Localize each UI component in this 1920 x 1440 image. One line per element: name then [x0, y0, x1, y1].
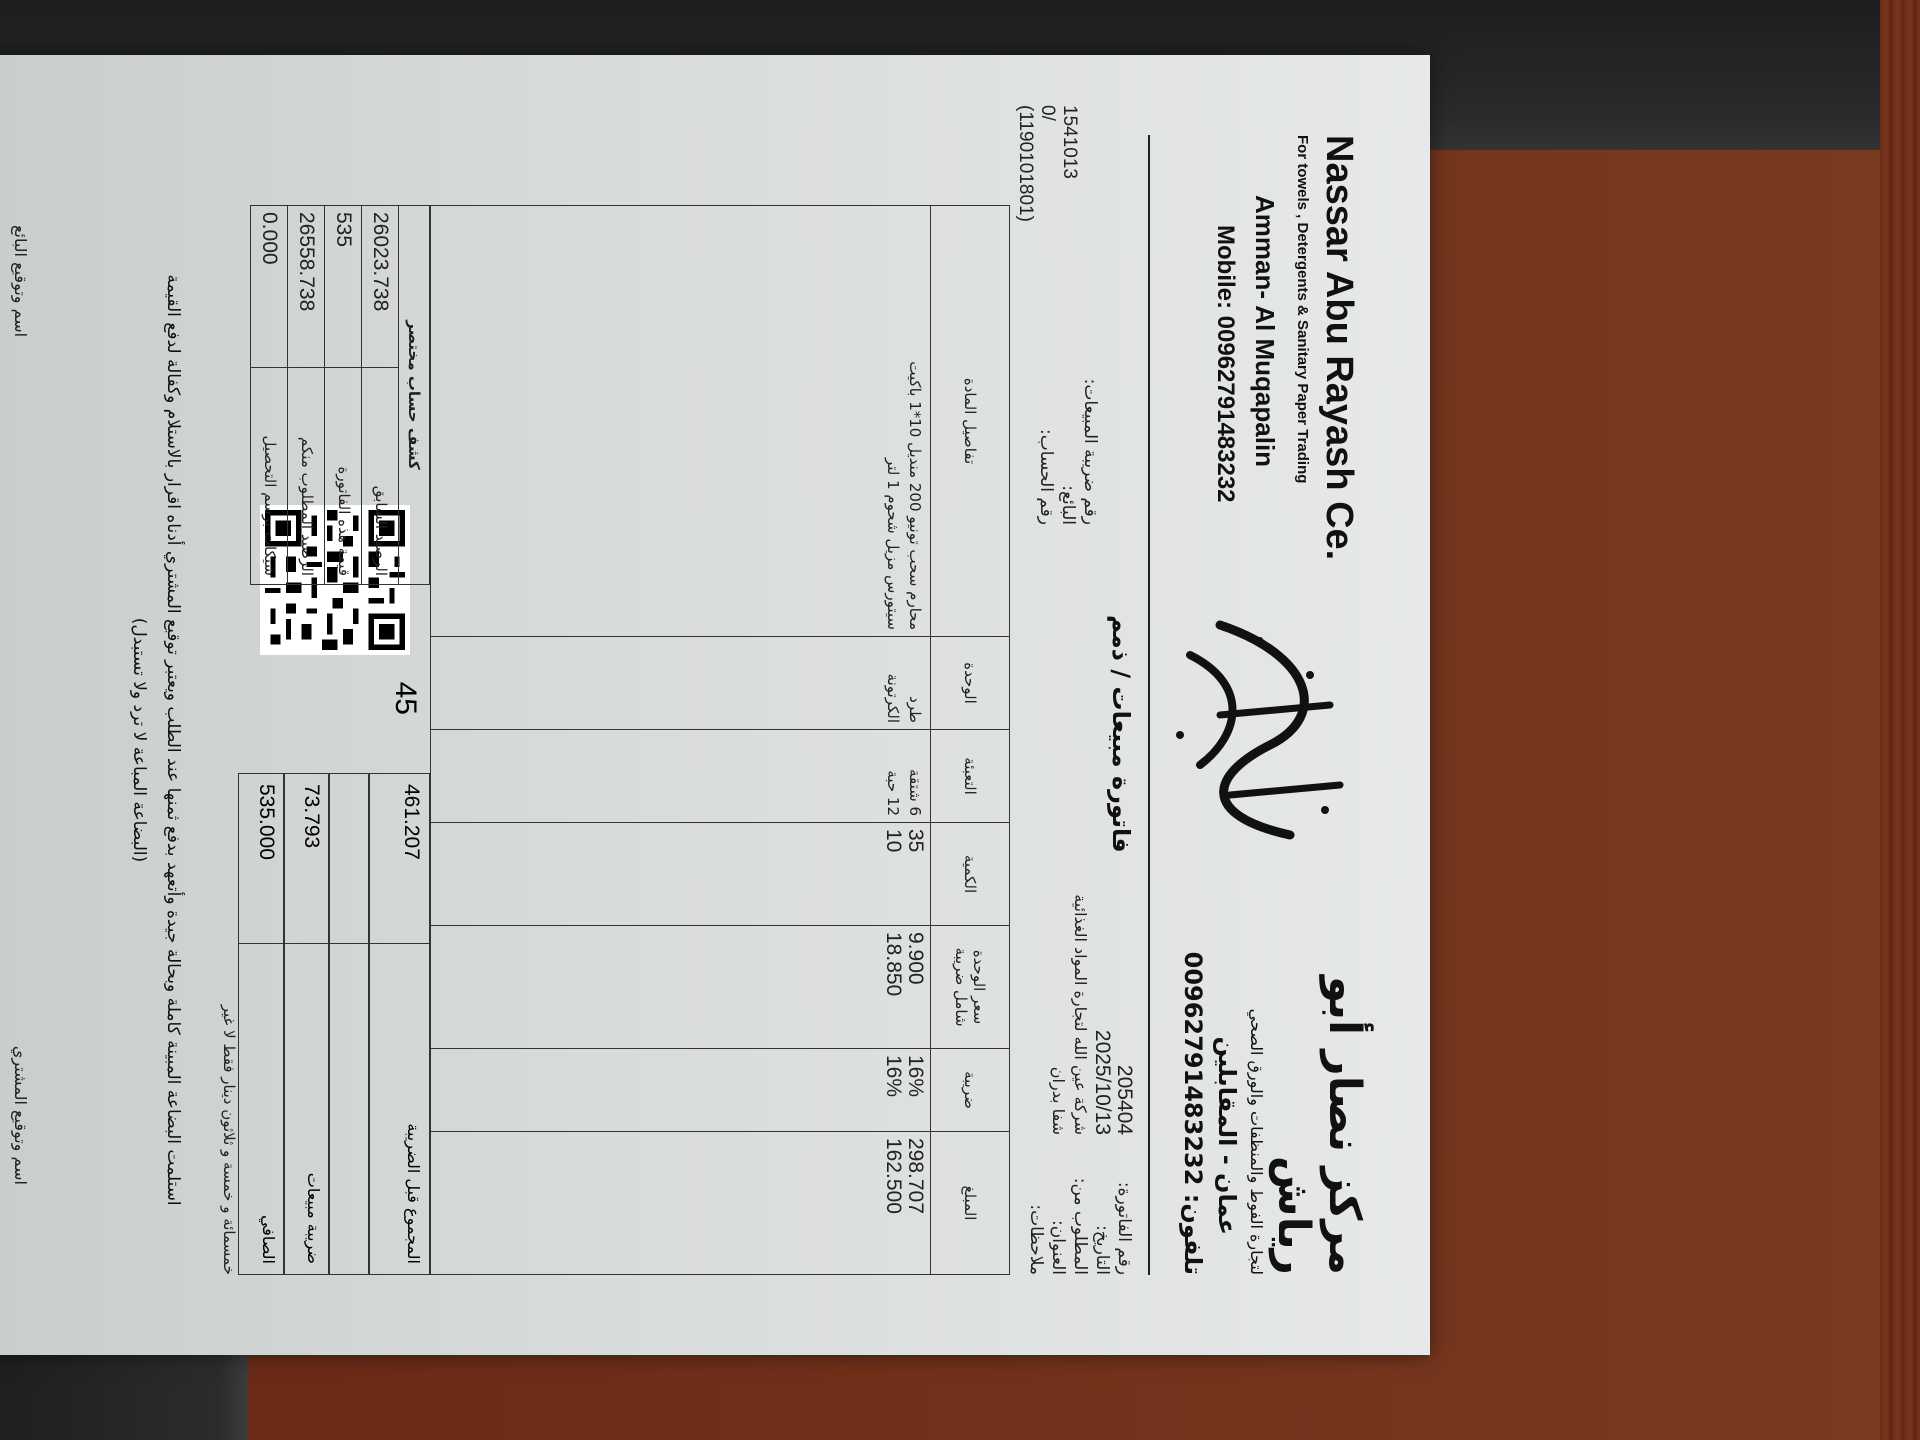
address-value: شفا بدران	[1047, 1067, 1069, 1135]
account-row-label: الرصيد المطلوب منكم	[288, 367, 324, 584]
account-row-value: 26023.738	[362, 206, 398, 367]
invoice-paper: Nassar Abu Rayash Ce. For towels , Deter…	[0, 55, 1430, 1355]
declaration-text: استلمت البضاعة المبينة كاملة وبحالة جيدة…	[156, 205, 190, 1275]
account-summary-title: كشف حساب مختصر	[398, 205, 430, 585]
net-total-row: الصافي 535.000	[238, 773, 285, 1275]
total-quantity: 45	[388, 682, 422, 715]
no-returns-note: (البضاعة المباعة لا ترد ولا تستبدل)	[122, 205, 156, 1275]
customer-label: المطلوب من:	[1069, 1155, 1091, 1275]
row-packaging: 6 شتقة	[904, 736, 926, 816]
row-unit: طرد	[904, 643, 926, 723]
description-cell: محارم سحب تونيو 200 منديل 10*1 باكيت سيت…	[431, 206, 931, 637]
calligraphy-logo-icon	[1160, 595, 1370, 855]
header-amount: المبلغ	[931, 1132, 1010, 1275]
line-items-table: المبلغ ضريبة سعر الوحدة شامل ضريبة الكمي…	[430, 205, 1010, 1275]
notes-label: ملاحظات:	[1025, 1155, 1047, 1275]
blank-label	[329, 943, 369, 1274]
customer-row: المطلوب من: شركة عين الله لتجارة المواد …	[1069, 755, 1091, 1275]
company-mobile-en: Mobile: 00962791483232	[1211, 135, 1239, 565]
account-row-value: 535	[325, 206, 361, 367]
declaration: استلمت البضاعة المبينة كاملة وبحالة جيدة…	[122, 205, 190, 1275]
tax-number-value: 1541013	[1058, 105, 1080, 222]
subtotal-row: المجموع قبل الضريبة 461.207	[368, 773, 430, 1275]
row-description: محارم سحب تونيو 200 منديل 10*1 باكيت	[904, 212, 926, 630]
sales-tax-row: ضريبة مبيعات 73.793	[283, 773, 330, 1275]
unit-price-cell: 9.900 18.850	[431, 926, 931, 1049]
row-description: سيتورس مزيل شحوم 1 لتر	[882, 212, 904, 630]
row-quantity: 10	[882, 829, 904, 919]
invoice-meta: رقم الفاتورة: 205404 التاريخ: 2025/10/13…	[1025, 755, 1135, 1275]
net-total-label: الصافي	[239, 943, 284, 1274]
quantity-cell: 35 10	[431, 823, 931, 926]
subtotal-value: 461.207	[369, 774, 429, 943]
packaging-cell: 6 شتقة 12 حبة	[431, 730, 931, 823]
account-row: شيكات برسم التحصيل 0.000	[250, 205, 287, 585]
blank-row	[328, 773, 370, 1275]
seller-signature-label: اسم وتوقيع البائع	[11, 225, 30, 337]
tax-number-row: رقم ضريبة المبيعات:	[1080, 205, 1100, 525]
sales-tax-value: 73.793	[284, 774, 329, 943]
company-name-ar: مركز نصار أبو رياش	[1268, 855, 1370, 1275]
wood-surface	[1880, 0, 1920, 1440]
account-row-value: 26558.738	[288, 206, 324, 367]
header-tax: ضريبة	[931, 1049, 1010, 1132]
subtotal-label: المجموع قبل الضريبة	[369, 943, 429, 1274]
company-city-en: Amman- Al Muqapalin	[1249, 135, 1280, 565]
seller-label: البائع:	[1058, 485, 1078, 525]
account-number-row: رقم الحساب:	[1036, 205, 1056, 525]
row-packaging: 12 حبة	[882, 736, 904, 816]
company-english: Nassar Abu Rayash Ce. For towels , Deter…	[1211, 135, 1360, 565]
account-summary: كشف حساب مختصر الرصيد السابق 26023.738 ق…	[180, 205, 430, 585]
account-number-value: (1190101801)	[1014, 105, 1036, 222]
sales-tax-label: ضريبة مبيعات	[284, 943, 329, 1274]
row-tax: 16%	[904, 1055, 926, 1125]
seller-row: البائع:	[1058, 205, 1078, 525]
account-row-label: الرصيد السابق	[362, 367, 398, 584]
tax-meta: رقم ضريبة المبيعات: البائع: رقم الحساب: …	[1034, 205, 1100, 525]
account-number-label: رقم الحساب:	[1036, 429, 1056, 525]
account-row: الرصيد المطلوب منكم 26558.738	[287, 205, 324, 585]
invoice-date-value: 2025/10/13	[1091, 1030, 1113, 1135]
invoice-number-value: 205404	[1113, 1065, 1135, 1135]
notes-row: ملاحظات:	[1025, 755, 1047, 1275]
header-unit: الوحدة	[931, 637, 1010, 730]
company-name-en: Nassar Abu Rayash Ce.	[1317, 135, 1360, 565]
address-row: العنوان: شفا بدران	[1047, 755, 1069, 1275]
row-amount: 298.707	[904, 1138, 926, 1268]
customer-value: شركة عين الله لتجارة المواد الغذائية	[1069, 894, 1091, 1135]
table-header-row: المبلغ ضريبة سعر الوحدة شامل ضريبة الكمي…	[931, 206, 1010, 1275]
invoice-number-label: رقم الفاتورة:	[1113, 1155, 1135, 1275]
account-row-label: قيمة هذه الفاتورة	[325, 367, 361, 584]
row-unit: الكرتونة	[882, 643, 904, 723]
header-unit-price: سعر الوحدة شامل ضريبة	[931, 926, 1010, 1049]
header-description: تفاصيل المادة	[931, 206, 1010, 637]
row-amount: 162.500	[882, 1138, 904, 1268]
amount-cell: 298.707 162.500	[431, 1132, 931, 1275]
account-row: الرصيد السابق 26023.738	[361, 205, 398, 585]
header-packaging: التعبئة	[931, 730, 1010, 823]
invoice-header: Nassar Abu Rayash Ce. For towels , Deter…	[1148, 135, 1370, 1275]
company-tagline-ar: لتجارة الفوط والمنظفات والورق الصحي	[1247, 855, 1266, 1275]
tax-meta-values: 1541013 0/ (1190101801)	[1014, 105, 1080, 222]
account-row-label: شيكات برسم التحصيل	[251, 367, 287, 584]
invoice-date-label: التاريخ:	[1091, 1155, 1113, 1275]
header-quantity: الكمية	[931, 823, 1010, 926]
row-unit-price: 9.900	[904, 932, 926, 1042]
company-city-ar: عمان - المقابلين	[1213, 855, 1241, 1275]
company-tagline-en: For towels , Detergents & Sanitary Paper…	[1294, 135, 1311, 565]
net-label-text: الصافي	[259, 1215, 278, 1264]
company-arabic: مركز نصار أبو رياش لتجارة الفوط والمنظفا…	[1179, 855, 1370, 1275]
buyer-signature-label: اسم وتوقيع المشتري	[11, 1046, 30, 1185]
unit-cell: طرد الكرتونة	[431, 637, 931, 730]
tax-cell: 16% 16%	[431, 1049, 931, 1132]
account-row-value: 0.000	[251, 206, 287, 367]
address-label: العنوان:	[1047, 1155, 1069, 1275]
table-row: 298.707 162.500 16% 16% 9.900 18.850 35 …	[431, 206, 931, 1275]
row-tax: 16%	[882, 1055, 904, 1125]
company-phone-ar: تلفون: 00962791483232	[1179, 855, 1207, 1275]
tax-number-label: رقم ضريبة المبيعات:	[1080, 379, 1100, 525]
net-total-value: 535.000	[239, 774, 284, 943]
account-row: قيمة هذه الفاتورة 535	[324, 205, 361, 585]
invoice-date-row: التاريخ: 2025/10/13	[1091, 755, 1113, 1275]
blank-value	[329, 774, 369, 943]
invoice-number-row: رقم الفاتورة: 205404	[1113, 755, 1135, 1275]
seller-value: 0/	[1036, 105, 1058, 222]
row-quantity: 35	[904, 829, 926, 919]
row-unit-price: 18.850	[882, 932, 904, 1042]
